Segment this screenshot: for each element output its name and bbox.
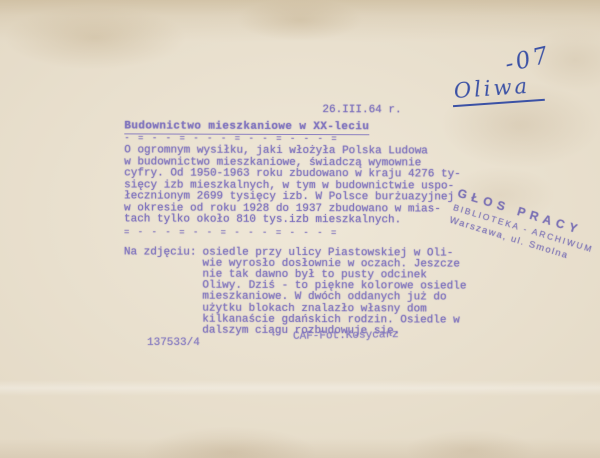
photo-caption: Na zdjęciu: osiedle przy ulicy Piastowsk… [124, 247, 476, 338]
typed-date: 26.III.64 r. [322, 104, 476, 117]
heading-underline-dashes: - = - - = - - - = - - = - - - = - - = - … [124, 135, 338, 142]
paragraph-statistics: O ogromnym wysiłku, jaki włożyła Polska … [124, 145, 476, 227]
paragraph-line: tach tylko około 810 tys.izb mieszkalnyc… [124, 214, 476, 227]
handwritten-place-name: Oliwa [451, 73, 545, 107]
photo-back-scan: -07 Oliwa 26.III.64 r. Budownictwo miesz… [0, 0, 600, 458]
article-heading: Budownictwo mieszkaniowe w XX-leciu [124, 120, 369, 135]
separator-dashes: = - - - = - - = - - - = - - - = - - = - … [124, 229, 338, 236]
typewritten-block: 26.III.64 r. Budownictwo mieszkaniowe w … [124, 103, 477, 337]
caption-text: osiedle przy ulicy Piastowskiej w Oli- w… [202, 247, 466, 338]
handwritten-number: -07 [503, 42, 554, 78]
negative-number: 137533/4 [147, 337, 200, 349]
photographer-credit: CAF-Fot.Kosycarz [293, 329, 399, 343]
caption-label: Na zdjęciu: [124, 247, 197, 337]
